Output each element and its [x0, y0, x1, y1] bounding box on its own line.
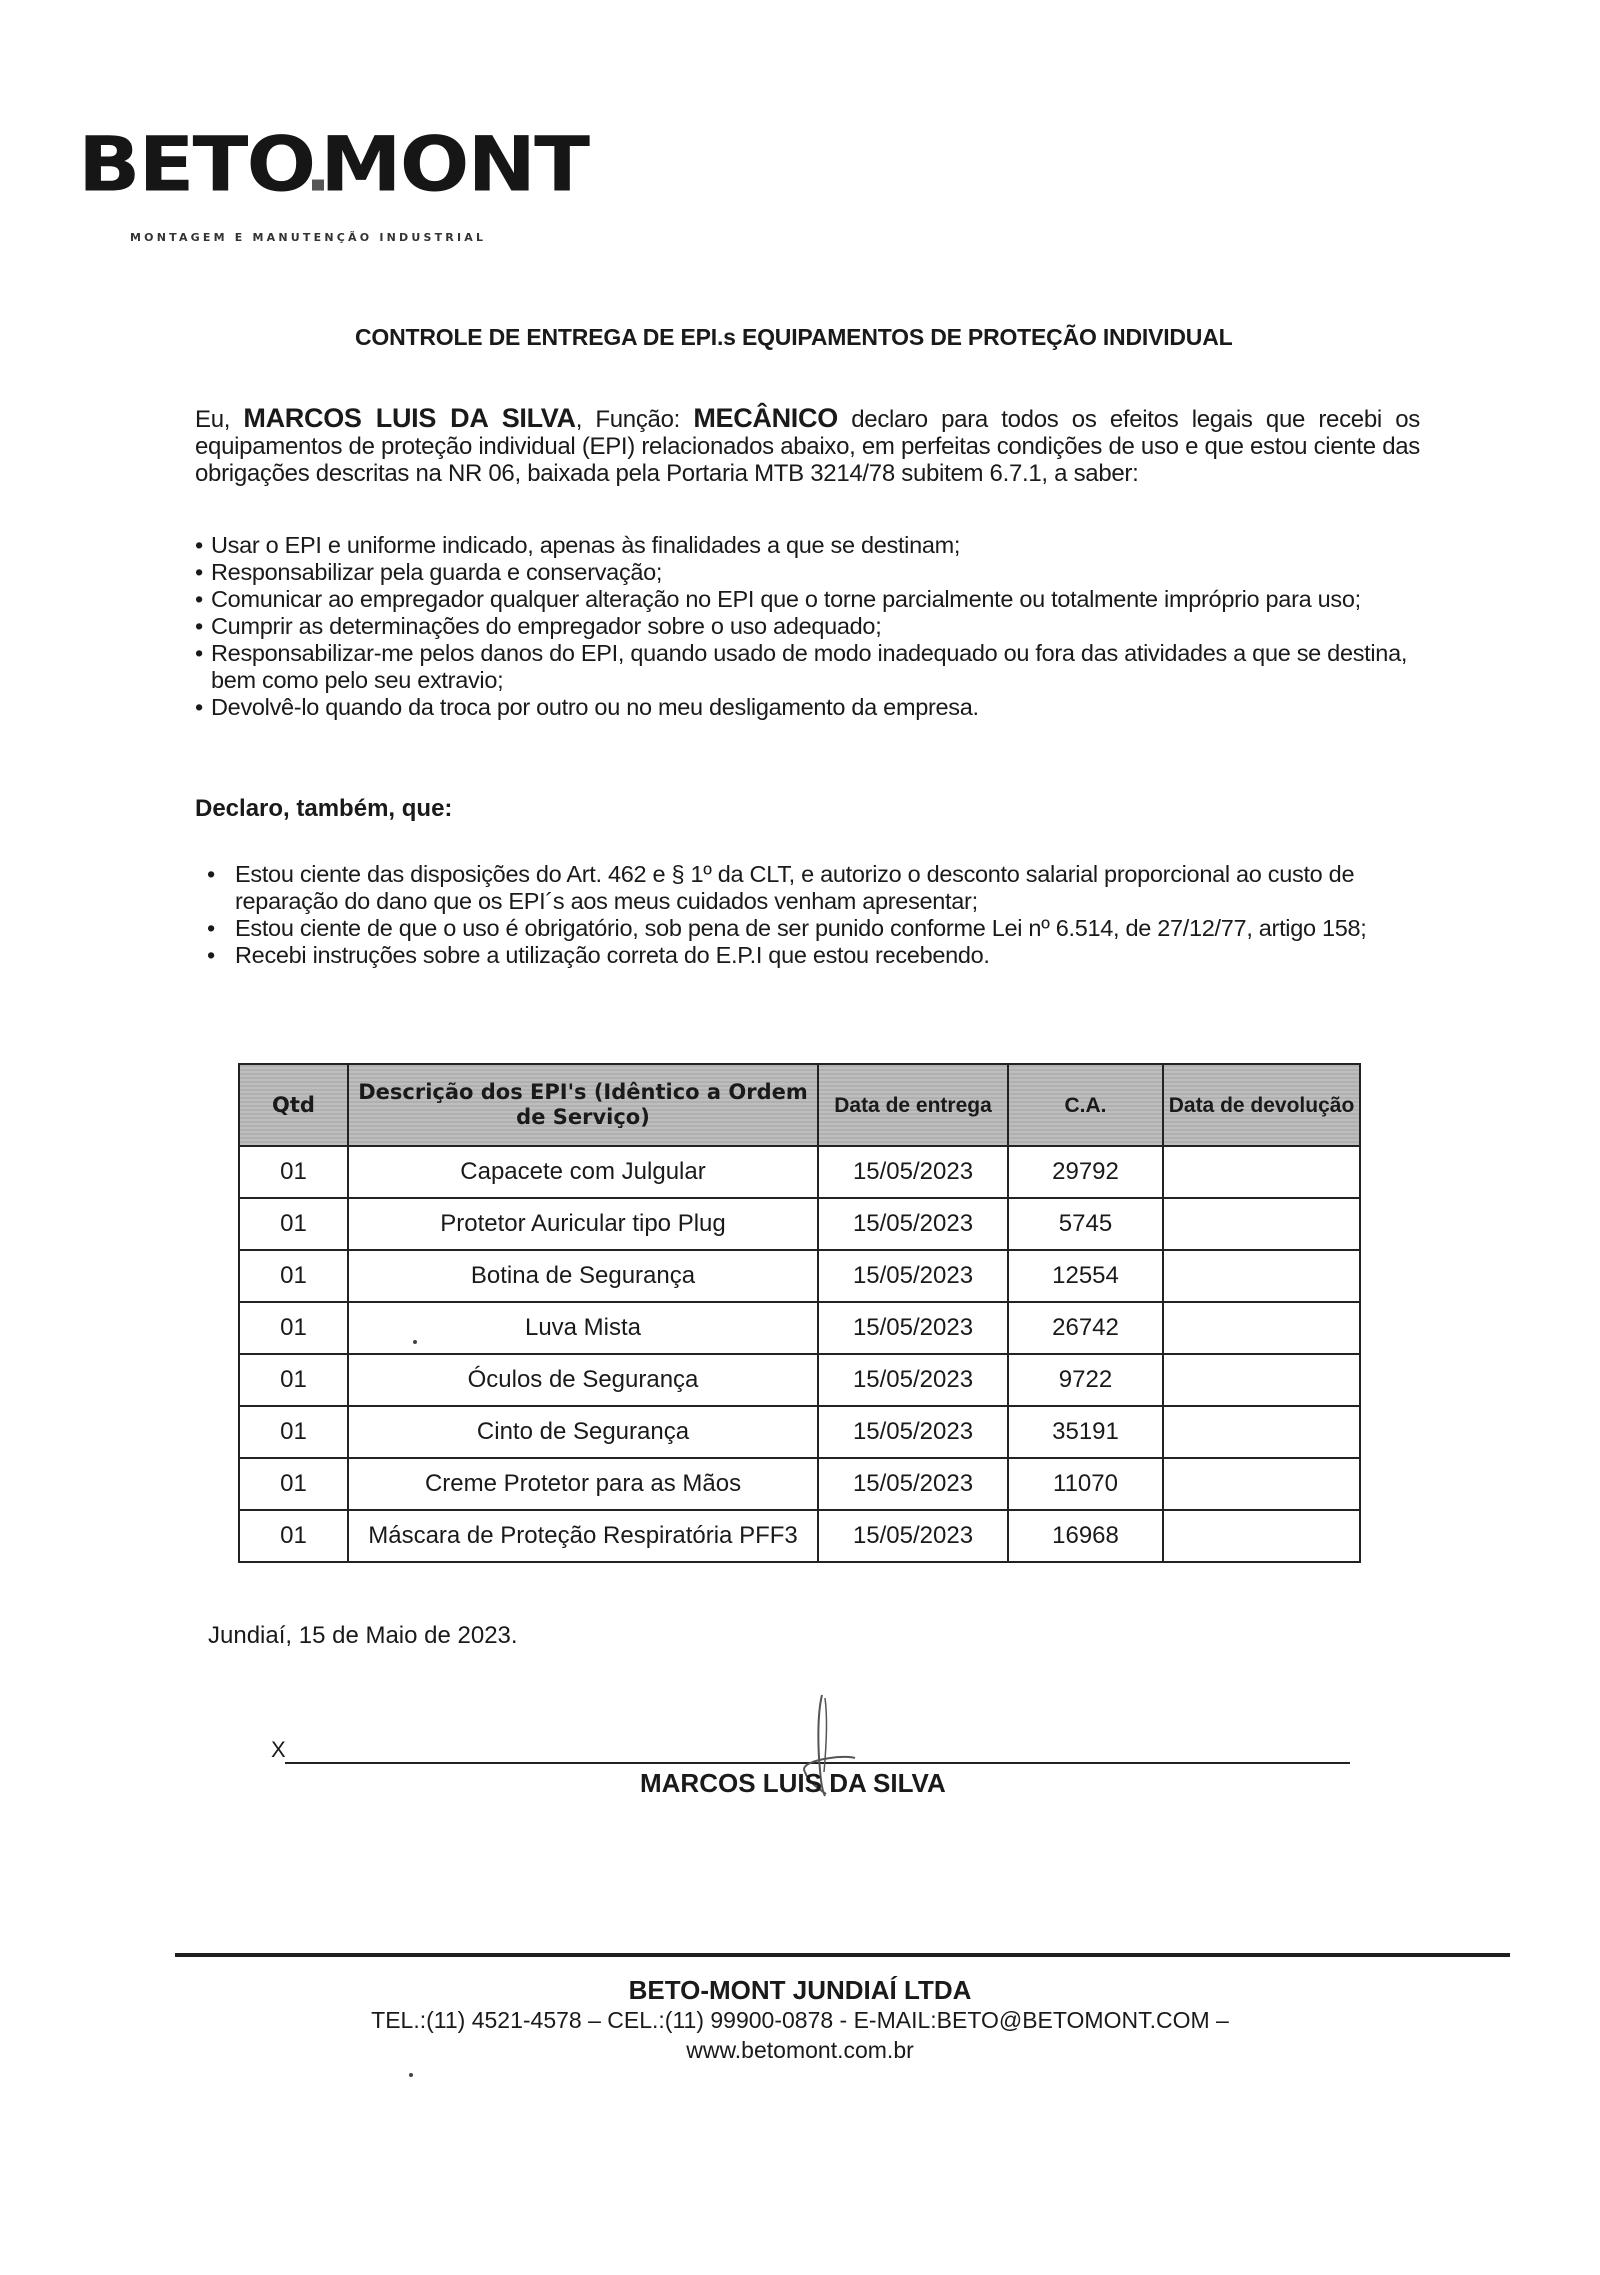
cell-delivery-date: 15/05/2023 [818, 1406, 1008, 1458]
signature-x-mark: X [271, 1737, 286, 1763]
obligations-list: Usar o EPI e uniforme indicado, apenas à… [195, 532, 1425, 721]
cell-ca: 35191 [1008, 1406, 1163, 1458]
cell-delivery-date: 15/05/2023 [818, 1302, 1008, 1354]
cell-delivery-date: 15/05/2023 [818, 1458, 1008, 1510]
obligation-item: Comunicar ao empregador qualquer alteraç… [195, 586, 1425, 613]
cell-ca: 16968 [1008, 1510, 1163, 1562]
obligation-item: Usar o EPI e uniforme indicado, apenas à… [195, 532, 1425, 559]
cell-delivery-date: 15/05/2023 [818, 1354, 1008, 1406]
cell-return-date [1163, 1250, 1360, 1302]
cell-ca: 26742 [1008, 1302, 1163, 1354]
cell-description: Máscara de Proteção Respiratória PFF3 [348, 1510, 818, 1562]
header-ca: C.A. [1008, 1064, 1163, 1146]
scan-speck [413, 1340, 417, 1344]
obligation-item: Devolvê-lo quando da troca por outro ou … [195, 694, 1425, 721]
company-logo: BETOMONT [78, 128, 588, 203]
cell-delivery-date: 15/05/2023 [818, 1198, 1008, 1250]
cell-return-date [1163, 1146, 1360, 1198]
epi-table: Qtd Descrição dos EPI's (Idêntico a Orde… [238, 1063, 1361, 1563]
function-label: , Função: [576, 406, 694, 433]
logo-text-left: BETO [78, 122, 314, 209]
cell-delivery-date: 15/05/2023 [818, 1146, 1008, 1198]
cell-qtd: 01 [239, 1198, 348, 1250]
place-date: Jundiaí, 15 de Maio de 2023. [208, 1622, 518, 1650]
declarations-list: Estou ciente das disposições do Art. 462… [195, 861, 1420, 969]
cell-description: Óculos de Segurança [348, 1354, 818, 1406]
table-row: 01Botina de Segurança15/05/202312554 [239, 1250, 1360, 1302]
declaration-item: Estou ciente de que o uso é obrigatório,… [195, 915, 1420, 942]
declaration-heading: Declaro, também, que: [195, 795, 452, 823]
footer-website: www.betomont.com.br [0, 2037, 1600, 2064]
logo-tagline: MONTAGEM E MANUTENÇÃO INDUSTRIAL [130, 231, 486, 244]
employee-function: MECÂNICO [693, 403, 838, 433]
table-row: 01Cinto de Segurança15/05/202335191 [239, 1406, 1360, 1458]
cell-return-date [1163, 1458, 1360, 1510]
footer-contact-info: TEL.:(11) 4521-4578 – CEL.:(11) 99900-08… [0, 2007, 1600, 2034]
obligation-item: Responsabilizar pela guarda e conservaçã… [195, 559, 1425, 586]
cell-return-date [1163, 1354, 1360, 1406]
employee-name: MARCOS LUIS DA SILVA [243, 403, 575, 433]
cell-qtd: 01 [239, 1354, 348, 1406]
signatory-name: MARCOS LUIS DA SILVA [640, 1768, 946, 1799]
scan-speck [409, 2073, 413, 2077]
cell-qtd: 01 [239, 1406, 348, 1458]
footer-divider [175, 1953, 1510, 1957]
obligation-item: Cumprir as determinações do empregador s… [195, 613, 1425, 640]
cell-ca: 9722 [1008, 1354, 1163, 1406]
header-description: Descrição dos EPI's (Idêntico a Ordem de… [348, 1064, 818, 1146]
table-row: 01Óculos de Segurança15/05/20239722 [239, 1354, 1360, 1406]
cell-qtd: 01 [239, 1302, 348, 1354]
table-header-row: Qtd Descrição dos EPI's (Idêntico a Orde… [239, 1064, 1360, 1146]
cell-qtd: 01 [239, 1250, 348, 1302]
header-qtd: Qtd [239, 1064, 348, 1146]
cell-qtd: 01 [239, 1458, 348, 1510]
cell-description: Creme Protetor para as Mãos [348, 1458, 818, 1510]
cell-return-date [1163, 1302, 1360, 1354]
intro-paragraph: Eu, MARCOS LUIS DA SILVA, Função: MECÂNI… [195, 405, 1420, 487]
cell-return-date [1163, 1406, 1360, 1458]
cell-qtd: 01 [239, 1510, 348, 1562]
cell-delivery-date: 15/05/2023 [818, 1510, 1008, 1562]
cell-description: Cinto de Segurança [348, 1406, 818, 1458]
table-row: 01Creme Protetor para as Mãos15/05/20231… [239, 1458, 1360, 1510]
table-row: 01Capacete com Julgular15/05/202329792 [239, 1146, 1360, 1198]
cell-description: Capacete com Julgular [348, 1146, 818, 1198]
table-row: 01Máscara de Proteção Respiratória PFF31… [239, 1510, 1360, 1562]
cell-ca: 29792 [1008, 1146, 1163, 1198]
logo-text-right: MONT [320, 122, 588, 209]
header-delivery-date: Data de entrega [818, 1064, 1008, 1146]
cell-description: Botina de Segurança [348, 1250, 818, 1302]
document-title: CONTROLE DE ENTREGA DE EPI.s EQUIPAMENTO… [355, 324, 1232, 351]
cell-ca: 12554 [1008, 1250, 1163, 1302]
cell-description: Luva Mista [348, 1302, 818, 1354]
table-row: 01Protetor Auricular tipo Plug15/05/2023… [239, 1198, 1360, 1250]
cell-return-date [1163, 1198, 1360, 1250]
cell-delivery-date: 15/05/2023 [818, 1250, 1008, 1302]
footer-company-name: BETO-MONT JUNDIAÍ LTDA [0, 1975, 1600, 2006]
table-row: 01Luva Mista15/05/202326742 [239, 1302, 1360, 1354]
cell-return-date [1163, 1510, 1360, 1562]
header-return-date: Data de devolução [1163, 1064, 1360, 1146]
declaration-item: Recebi instruções sobre a utilização cor… [195, 942, 1420, 969]
cell-ca: 11070 [1008, 1458, 1163, 1510]
intro-prefix: Eu, [195, 406, 243, 433]
obligation-item: Responsabilizar-me pelos danos do EPI, q… [195, 640, 1425, 694]
declaration-item: Estou ciente das disposições do Art. 462… [195, 861, 1420, 915]
cell-ca: 5745 [1008, 1198, 1163, 1250]
cell-description: Protetor Auricular tipo Plug [348, 1198, 818, 1250]
cell-qtd: 01 [239, 1146, 348, 1198]
